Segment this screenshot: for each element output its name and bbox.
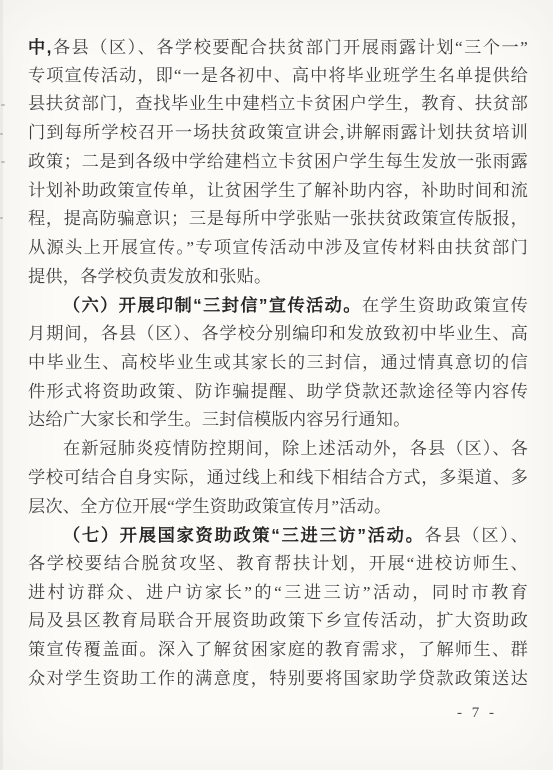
scan-speck	[1, 161, 5, 163]
text-line: （七）开展国家资助政策“三进三访”活动。各县（区）、	[28, 521, 528, 550]
text-segment: 学校可结合自身实际，通过线上和线下相结合方式，多渠道、多	[28, 468, 528, 487]
scanned-document-page: 中,各县（区）、各学校要配合扶贫部门开展雨露计划“三个一”专项宣传活动，即“一是…	[0, 0, 553, 770]
scan-speck	[0, 133, 3, 135]
text-segment: 策宣传覆盖面。深入了解贫困家庭的教育需求，了解师生、群	[28, 640, 528, 659]
text-segment: 在学生资助政策宣传	[362, 296, 528, 315]
text-line: 中,各县（区）、各学校要配合扶贫部门开展雨露计划“三个一”	[28, 33, 528, 62]
text-segment: 从源头上开展宣传。”专项宣传活动中涉及宣传材料由扶贫部门	[28, 238, 528, 257]
text-segment: 提供，各学校负责发放和张贴。	[28, 267, 271, 286]
text-line: 进村访群众、进户访家长”的“三进三访”活动，同时市教育	[28, 579, 528, 608]
text-segment: 政策；二是到各级中学给建档立卡贫困户学生每生发放一张雨露	[28, 152, 528, 171]
text-line: 程，提高防骗意识；三是每所中学张贴一张扶贫政策宣传版报，	[28, 205, 528, 234]
text-segment: 各学校要结合脱贫攻坚、教育帮扶计划，开展“进校访师生、	[28, 554, 528, 573]
text-segment: 达给广大家长和学生。三封信模版内容另行通知。	[28, 410, 411, 429]
text-segment: 局及县区教育局联合开展资助政策下乡宣传活动，扩大资助政	[28, 611, 528, 630]
text-line: 计划补助政策宣传单，让贫困学生了解补助内容，补助时间和流	[28, 177, 528, 206]
text-line: 各学校要结合脱贫攻坚、教育帮扶计划，开展“进校访师生、	[28, 550, 528, 579]
scan-edge-shade	[0, 0, 3, 770]
text-line: 中毕业生、高校毕业生或其家长的三封信，通过情真意切的信	[28, 349, 528, 378]
text-segment: 层次、全方位开展“学生资助政策宣传月”活动。	[28, 497, 391, 516]
text-segment: 月期间，各县（区）、各学校分别编印和发放致初中毕业生、高	[28, 324, 528, 343]
text-line: 专项宣传活动，即“一是各初中、高中将毕业班学生名单提供给	[28, 62, 528, 91]
text-line: 在新冠肺炎疫情防控期间，除上述活动外，各县（区）、各	[28, 435, 528, 464]
text-segment: 门到每所学校召开一场扶贫政策宣讲会,讲解雨露计划扶贫培训	[28, 123, 528, 142]
text-line: 层次、全方位开展“学生资助政策宣传月”活动。	[28, 493, 528, 522]
text-line: 月期间，各县（区）、各学校分别编印和发放致初中毕业生、高	[28, 320, 528, 349]
text-line: （六）开展印制“三封信”宣传活动。在学生资助政策宣传	[28, 291, 528, 320]
text-segment: 进村访群众、进户访家长”的“三进三访”活动，同时市教育	[28, 583, 528, 602]
scan-speck	[1, 104, 5, 106]
text-segment: 件形式将资助政策、防诈骗提醒、助学贷款还款途径等内容传	[28, 382, 528, 401]
text-segment: 各县（区）、各学校要配合扶贫部门开展雨露计划“三个一”	[52, 38, 528, 57]
text-segment: 专项宣传活动，即“一是各初中、高中将毕业班学生名单提供给	[28, 66, 528, 85]
text-line: 局及县区教育局联合开展资助政策下乡宣传活动，扩大资助政	[28, 607, 528, 636]
text-segment: 在新冠肺炎疫情防控期间，除上述活动外，各县（区）、各	[63, 439, 528, 458]
text-line: 从源头上开展宣传。”专项宣传活动中涉及宣传材料由扶贫部门	[28, 234, 528, 263]
page-number: - 7 -	[457, 705, 497, 722]
text-line: 学校可结合自身实际，通过线上和线下相结合方式，多渠道、多	[28, 464, 528, 493]
text-line: 达给广大家长和学生。三封信模版内容另行通知。	[28, 406, 528, 435]
bold-text-segment: （七）开展国家资助政策“三进三访”活动。	[63, 525, 425, 545]
text-segment: 众对学生资助工作的满意度，特别要将国家助学贷款政策送达	[28, 669, 528, 688]
text-line: 门到每所学校召开一场扶贫政策宣讲会,讲解雨露计划扶贫培训	[28, 119, 528, 148]
text-segment: 各县（区）、	[425, 526, 528, 545]
text-line: 政策；二是到各级中学给建档立卡贫困户学生每生发放一张雨露	[28, 148, 528, 177]
scan-speck	[0, 217, 3, 219]
text-line: 策宣传覆盖面。深入了解贫困家庭的教育需求，了解师生、群	[28, 636, 528, 665]
text-segment: 计划补助政策宣传单，让贫困学生了解补助内容，补助时间和流	[28, 181, 528, 200]
text-line: 众对学生资助工作的满意度，特别要将国家助学贷款政策送达	[28, 665, 528, 694]
text-line: 县扶贫部门，查找毕业生中建档立卡贫困户学生，教育、扶贫部	[28, 90, 528, 119]
text-line: 件形式将资助政策、防诈骗提醒、助学贷款还款途径等内容传	[28, 378, 528, 407]
text-segment: 县扶贫部门，查找毕业生中建档立卡贫困户学生，教育、扶贫部	[28, 94, 528, 113]
bold-text-segment: 中,	[28, 37, 52, 57]
bold-text-segment: （六）开展印制“三封信”宣传活动。	[63, 295, 362, 315]
document-body: 中,各县（区）、各学校要配合扶贫部门开展雨露计划“三个一”专项宣传活动，即“一是…	[28, 33, 528, 694]
text-line: 提供，各学校负责发放和张贴。	[28, 263, 528, 292]
text-segment: 程，提高防骗意识；三是每所中学张贴一张扶贫政策宣传版报，	[28, 209, 528, 228]
text-segment: 中毕业生、高校毕业生或其家长的三封信，通过情真意切的信	[28, 353, 528, 372]
